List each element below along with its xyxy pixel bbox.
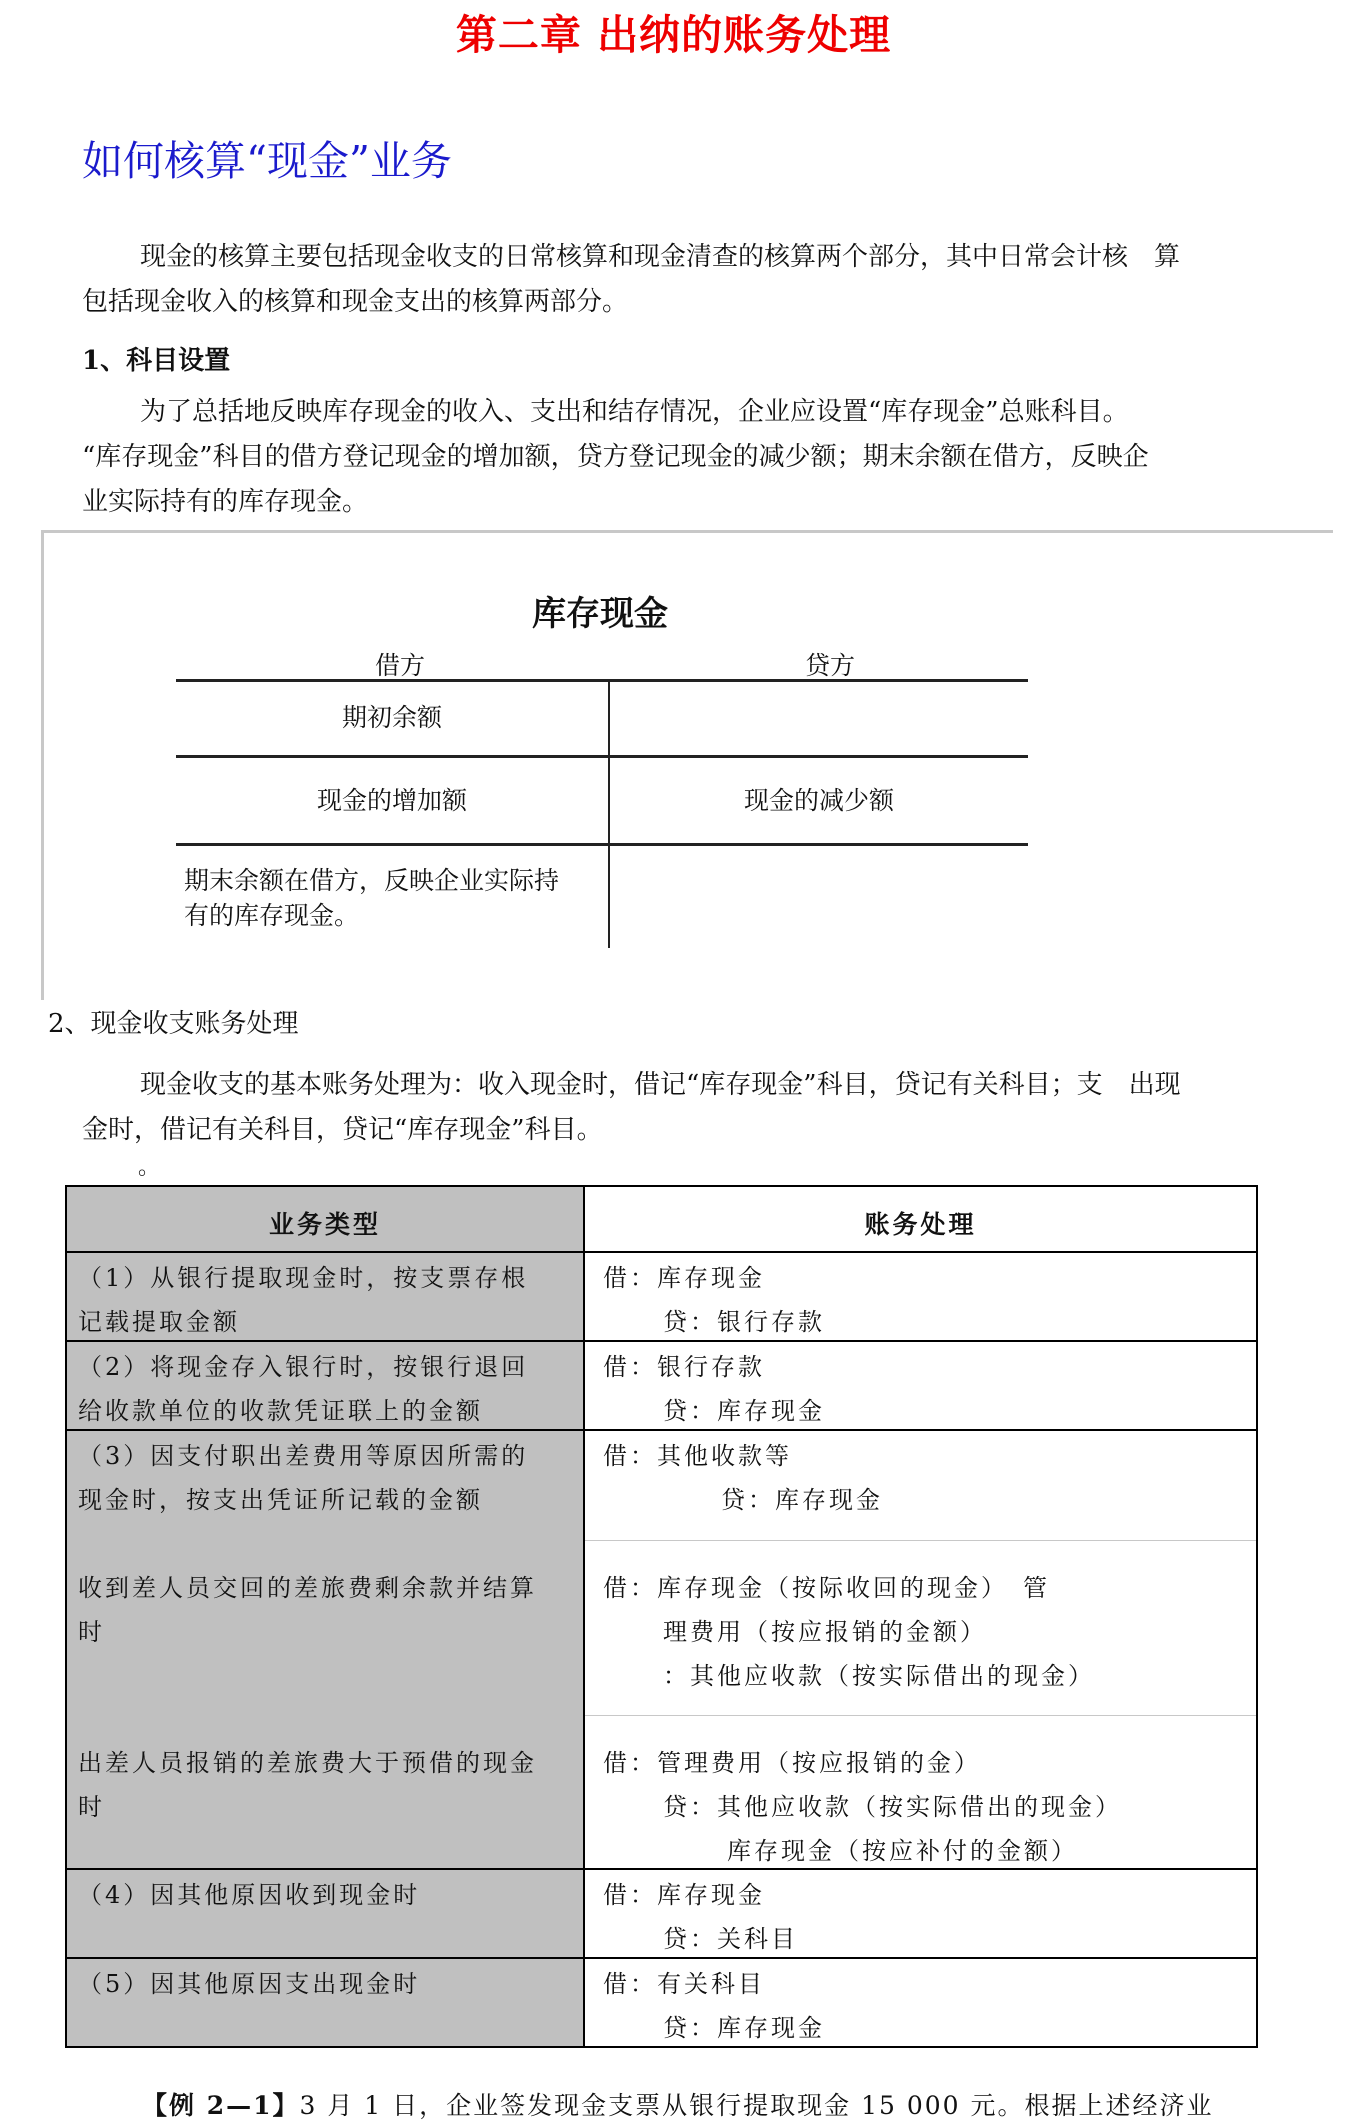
- table-row-2-type: （2）将现金存入银行时，按银行退回 给收款单位的收款凭证联上的金额: [78, 1345, 528, 1433]
- t-cell-cash-increase: 现金的增加额: [176, 783, 608, 818]
- t-cell-ending-balance: 期末余额在借方，反映企业实际持 有的库存现金。: [184, 863, 604, 933]
- table-row-3-type: （3）因支付职出差费用等原因所需的 现金时，按支出凭证所记载的金额: [78, 1434, 528, 1522]
- credit-line: 库存现金（按应补付的金额）: [603, 1829, 1122, 1873]
- credit-line: 贷：其他应收款（按实际借出的现金）: [603, 1785, 1122, 1829]
- intro-paragraph: 现金的核算主要包括现金收支的日常核算和现金清查的核算两个部分，其中日常会计核 算…: [82, 235, 1262, 325]
- debit-label: 借方: [330, 646, 470, 682]
- debit-line: 借：其他收款等: [603, 1434, 883, 1478]
- debit-line: 借：库存现金（按际收回的现金） 管: [603, 1566, 1095, 1610]
- subsection-1-line-2: “库存现金”科目的借方登记现金的增加额，贷方登记现金的减少额；期末余额在借方，反…: [82, 442, 1149, 472]
- table-subrow-divider: [585, 1715, 1256, 1716]
- table-row-1-type: （1）从银行提取现金时，按支票存根 记载提取金额: [78, 1256, 528, 1344]
- t-cell-opening-balance: 期初余额: [176, 700, 608, 735]
- table-row-1-entry: 借：库存现金 贷：银行存款: [603, 1256, 825, 1344]
- entry-line: ：其他应收款（按实际借出的现金）: [603, 1654, 1095, 1698]
- type-line: （3）因支付职出差费用等原因所需的: [78, 1434, 528, 1478]
- table-row-4-entry: 借：库存现金 贷：关科目: [603, 1873, 798, 1961]
- t-account-top-line: [176, 679, 1028, 682]
- subsection-1-line-1: 为了总括地反映库存现金的收入、支出和结存情况，企业应设置“库存现金”总账科目。: [140, 397, 1129, 427]
- table-row-2-entry: 借：银行存款 贷：库存现金: [603, 1345, 825, 1433]
- subsection-2-paragraph: 现金收支的基本账务处理为：收入现金时，借记“库存现金”科目，贷记有关科目；支 出…: [82, 1063, 1262, 1153]
- subsection-1-paragraph: 为了总括地反映库存现金的收入、支出和结存情况，企业应设置“库存现金”总账科目。 …: [82, 390, 1262, 525]
- type-line: 现金时，按支出凭证所记载的金额: [78, 1478, 528, 1522]
- t-cell-ending-line-2: 有的库存现金。: [184, 898, 604, 933]
- stray-period: 。: [138, 1150, 160, 1181]
- subsection-2-line-1: 现金收支的基本账务处理为：收入现金时，借记“库存现金”科目，贷记有关科目；支 出…: [140, 1070, 1181, 1100]
- type-line: （5）因其他原因支出现金时: [78, 1962, 420, 2006]
- table-row-3-entry: 借：其他收款等 贷：库存现金: [603, 1434, 883, 1522]
- type-line: （2）将现金存入银行时，按银行退回: [78, 1345, 528, 1389]
- credit-label: 贷方: [760, 646, 900, 682]
- type-line: 记载提取金额: [78, 1300, 528, 1344]
- subsection-2-heading: 2、现金收支账务处理: [48, 1003, 299, 1040]
- credit-line: 贷：库存现金: [603, 1478, 883, 1522]
- type-line: 收到差人员交回的差旅费剩余款并结算: [78, 1566, 537, 1610]
- t-cell-cash-decrease: 现金的减少额: [610, 783, 1028, 818]
- table-row-5-type: （5）因其他原因支出现金时: [78, 1962, 420, 2006]
- table-row-3b-type: 出差人员报销的差旅费大于预借的现金 时: [78, 1741, 537, 1829]
- t-account-middle-line: [176, 755, 1028, 758]
- example-2-1: 【例 2—1】3 月 1 日，企业签发现金支票从银行提取现金 15 000 元。…: [142, 2086, 1214, 2122]
- debit-line: 借：有关科目: [603, 1962, 825, 2006]
- credit-line: 贷：库存现金: [603, 1389, 825, 1433]
- intro-line-2: 包括现金收入的核算和现金支出的核算两部分。: [82, 287, 628, 317]
- type-line: 时: [78, 1610, 537, 1654]
- table-row-3a-entry: 借：库存现金（按际收回的现金） 管 理费用（按应报销的金额） ：其他应收款（按实…: [603, 1566, 1095, 1698]
- table-header-divider: [67, 1251, 1256, 1253]
- t-account-title: 库存现金: [532, 586, 668, 635]
- table-column-divider: [583, 1187, 585, 2046]
- table-subrow-divider: [585, 1540, 1256, 1541]
- table-header-type: 业务类型: [67, 1205, 583, 1241]
- type-line: （4）因其他原因收到现金时: [78, 1873, 420, 1917]
- intro-line-1: 现金的核算主要包括现金收支的日常核算和现金清查的核算两个部分，其中日常会计核 算: [140, 242, 1180, 272]
- entry-line: 理费用（按应报销的金额）: [603, 1610, 1095, 1654]
- example-text: 3 月 1 日，企业签发现金支票从银行提取现金 15 000 元。根据上述经济业: [300, 2091, 1214, 2120]
- debit-line: 借：管理费用（按应报销的金）: [603, 1741, 1122, 1785]
- table-row-5-entry: 借：有关科目 贷：库存现金: [603, 1962, 825, 2050]
- table-row-3b-entry: 借：管理费用（按应报销的金） 贷：其他应收款（按实际借出的现金） 库存现金（按应…: [603, 1741, 1122, 1873]
- debit-line: 借：银行存款: [603, 1345, 825, 1389]
- credit-line: 贷：银行存款: [603, 1300, 825, 1344]
- type-line: 出差人员报销的差旅费大于预借的现金: [78, 1741, 537, 1785]
- section-title: 如何核算“现金”业务: [82, 128, 452, 187]
- table-row-4-type: （4）因其他原因收到现金时: [78, 1873, 420, 1917]
- chapter-title: 第二章 出纳的账务处理: [0, 2, 1347, 61]
- type-line: （1）从银行提取现金时，按支票存根: [78, 1256, 528, 1300]
- debit-line: 借：库存现金: [603, 1873, 798, 1917]
- subsection-2-line-2: 金时，借记有关科目，贷记“库存现金”科目。: [82, 1115, 603, 1145]
- example-label: 【例 2—1】: [142, 2091, 300, 2120]
- debit-line: 借：库存现金: [603, 1256, 825, 1300]
- type-line: 给收款单位的收款凭证联上的金额: [78, 1389, 528, 1433]
- t-account-lower-line: [176, 843, 1028, 846]
- credit-line: 贷：关科目: [603, 1917, 798, 1961]
- subsection-1-line-3: 业实际持有的库存现金。: [82, 487, 368, 517]
- table-row-3a-type: 收到差人员交回的差旅费剩余款并结算 时: [78, 1566, 537, 1654]
- subsection-1-heading: 1、科目设置: [82, 340, 230, 377]
- t-cell-ending-line-1: 期末余额在借方，反映企业实际持: [184, 863, 604, 898]
- type-line: 时: [78, 1785, 537, 1829]
- credit-line: 贷：库存现金: [603, 2006, 825, 2050]
- table-header-entry: 账务处理: [585, 1205, 1256, 1241]
